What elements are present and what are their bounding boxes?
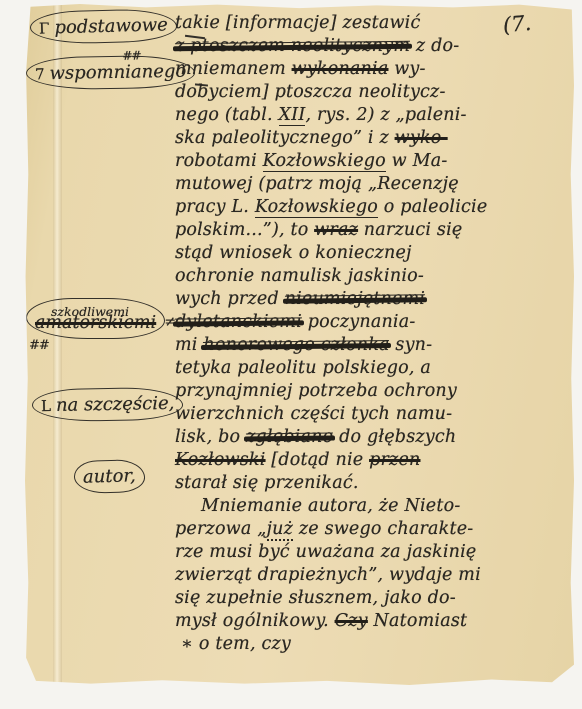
handwritten-text: stąd wniosek o koniecznej [175, 243, 412, 263]
text-line: stąd wniosek o koniecznej [175, 242, 567, 265]
handwritten-text: ∗ o tem, czy [181, 634, 291, 654]
paper-fold-crease [53, 4, 62, 685]
handwritten-text: Mniemanie autora, że Nieto- [201, 496, 460, 516]
handwritten-text: , rys. 2) z „paleni- [305, 105, 466, 125]
handwritten-text: takie [informacje] zestawić [175, 13, 420, 33]
text-line: Kozłowski [dotąd nie przen [175, 449, 567, 472]
text-line: mutowej (patrz moją „Recenzję [175, 173, 567, 196]
insertion-mark-icon: 7 [35, 65, 45, 83]
underlined-text: już [267, 519, 294, 541]
handwritten-text: rze musi być uważana za jaskinię [175, 542, 476, 562]
manuscript-page: (7. Γpodstawowe ## 7wspomnianego szkodli… [25, 4, 574, 685]
obliterated-text: zgłębiano [246, 427, 333, 447]
text-line: ska paleolitycznego” i z wyko- [175, 127, 567, 150]
text-line: pracy L. Kozłowskiego o paleolicie [175, 196, 567, 219]
handwritten-text: pracy L. [175, 197, 255, 217]
underlined-text: XII [279, 105, 306, 126]
text-line: się zupełnie słusznem, jako do- [175, 587, 567, 610]
insertion-hash-mark-icon: ## [122, 48, 140, 62]
struck-text: wykonania [292, 59, 389, 79]
handwritten-text: Natomiast [368, 611, 468, 631]
handwritten-text: lisk, bo [175, 427, 246, 447]
margin-note-podstawowe: Γpodstawowe [39, 14, 168, 38]
text-line: starał się przenikać. [175, 472, 567, 495]
struck-text: wyko- [395, 128, 448, 148]
handwritten-text: wierzchnich części tych namu- [175, 404, 452, 424]
handwritten-text: zwierząt drapieżnych”, wydaje mi [175, 565, 481, 585]
obliterated-text: nieumiejętnemi [285, 289, 425, 309]
underlined-text: Kozłowskiego [255, 197, 378, 218]
handwritten-text: starał się przenikać. [175, 473, 359, 493]
handwritten-text: perzowa „ [175, 519, 267, 539]
margin-note-label: podstawowe [54, 14, 168, 38]
handwritten-text: poczynania- [302, 312, 416, 332]
handwritten-text: do głębszych [333, 427, 456, 447]
handwritten-text: tetyka paleolitu polskiego, a [175, 358, 431, 378]
insertion-mark-icon: Γ [39, 19, 50, 37]
margin-note-label: wspomnianego [49, 61, 186, 84]
underlined-text: Kozłowskiego [263, 151, 386, 172]
text-line: zwierząt drapieżnych”, wydaje mi [175, 564, 567, 587]
margin-note-label: na szczęście, [56, 393, 175, 416]
struck-text: Kozłowski [175, 450, 266, 470]
text-line: perzowa „już ze swego charakte- [175, 518, 567, 541]
scanned-manuscript-screenshot: { "page": { "number": "(7.", "background… [0, 0, 582, 709]
handwritten-text: mysł ogólnikowy. [175, 611, 335, 631]
handwritten-text: o paleolicie [378, 197, 487, 217]
handwritten-text: mi [175, 335, 203, 355]
handwritten-text: przynajmniej potrzeba ochrony [175, 381, 457, 401]
handwritten-text: w Ma- [386, 151, 448, 171]
handwritten-text: polskim...”), to [175, 220, 314, 240]
margin-note-label: autor, [83, 465, 136, 487]
text-line: lisk, bo zgłębiano do głębszych [175, 426, 567, 449]
manuscript-text-column: takie [informacje] zestawićz ptoszczem n… [175, 12, 567, 656]
margin-note-autor: autor, [83, 465, 136, 487]
margin-note-struck-word: amatorskiemi [35, 313, 156, 333]
handwritten-text: z do- [410, 36, 459, 56]
margin-note-na-szczescie: Lna szczęście, [41, 393, 175, 416]
text-line: takie [informacje] zestawić [175, 12, 567, 35]
text-line: dobyciem] ptoszcza neolitycz- [175, 81, 567, 104]
handwritten-text: wych przed [175, 289, 285, 309]
text-line: nego (tabl. XII, rys. 2) z „paleni- [175, 104, 567, 127]
handwritten-text: mniemanem [175, 59, 292, 79]
text-line: ochronie namulisk jaskinio- [175, 265, 567, 288]
obliterated-text: dyletanckiemi [175, 312, 302, 332]
text-line: mysł ogólnikowy. Czy Natomiast [175, 610, 567, 633]
text-line: dyletanckiemi poczynania- [175, 311, 567, 334]
handwritten-text: ochronie namulisk jaskinio- [175, 266, 424, 286]
handwritten-text: syn- [390, 335, 433, 355]
handwritten-text: nego (tabl. [175, 105, 279, 125]
handwritten-text: [dotąd nie [266, 450, 370, 470]
text-line: rze musi być uważana za jaskinię [175, 541, 567, 564]
text-line: tetyka paleolitu polskiego, a [175, 357, 567, 380]
struck-text: wraz [314, 220, 358, 240]
handwritten-text: robotami [175, 151, 263, 171]
text-line: Mniemanie autora, że Nieto- [201, 495, 567, 518]
struck-text: Czy [335, 611, 368, 631]
insertion-mark-icon: L [41, 397, 51, 415]
obliterated-text: honorowego członka [203, 335, 389, 355]
margin-note-amatorskiemi: szkodliwemi amatorskiemi ≠ ## [35, 304, 156, 333]
text-line: z ptoszczem neolitycznym z do- [175, 35, 567, 58]
handwritten-text: ze swego charakte- [293, 519, 473, 539]
text-line: robotami Kozłowskiego w Ma- [175, 150, 567, 173]
handwritten-text: narzuci się [358, 220, 462, 240]
text-line: mi honorowego członka syn- [175, 334, 567, 357]
obliterated-text: z ptoszczem neolitycznym [175, 36, 410, 56]
text-line: wierzchnich części tych namu- [175, 403, 567, 426]
text-line: ∗ o tem, czy [181, 633, 567, 656]
text-line: mniemanem wykonania wy- [175, 58, 567, 81]
handwritten-text: ska paleolitycznego” i z [175, 128, 395, 148]
insertion-hash-mark-icon: ## [29, 338, 49, 353]
text-line: wych przed nieumiejętnemi [175, 288, 567, 311]
text-line: polskim...”), to wraz narzuci się [175, 219, 567, 242]
handwritten-text: wy- [388, 59, 425, 79]
text-line: przynajmniej potrzeba ochrony [175, 380, 567, 403]
margin-note-wspomnianego: ## 7wspomnianego [35, 61, 187, 85]
struck-text: przen [369, 450, 420, 470]
handwritten-text: się zupełnie słusznem, jako do- [175, 588, 456, 608]
handwritten-text: dobyciem] ptoszcza neolitycz- [175, 82, 446, 102]
handwritten-text: mutowej (patrz moją „Recenzję [175, 174, 459, 194]
